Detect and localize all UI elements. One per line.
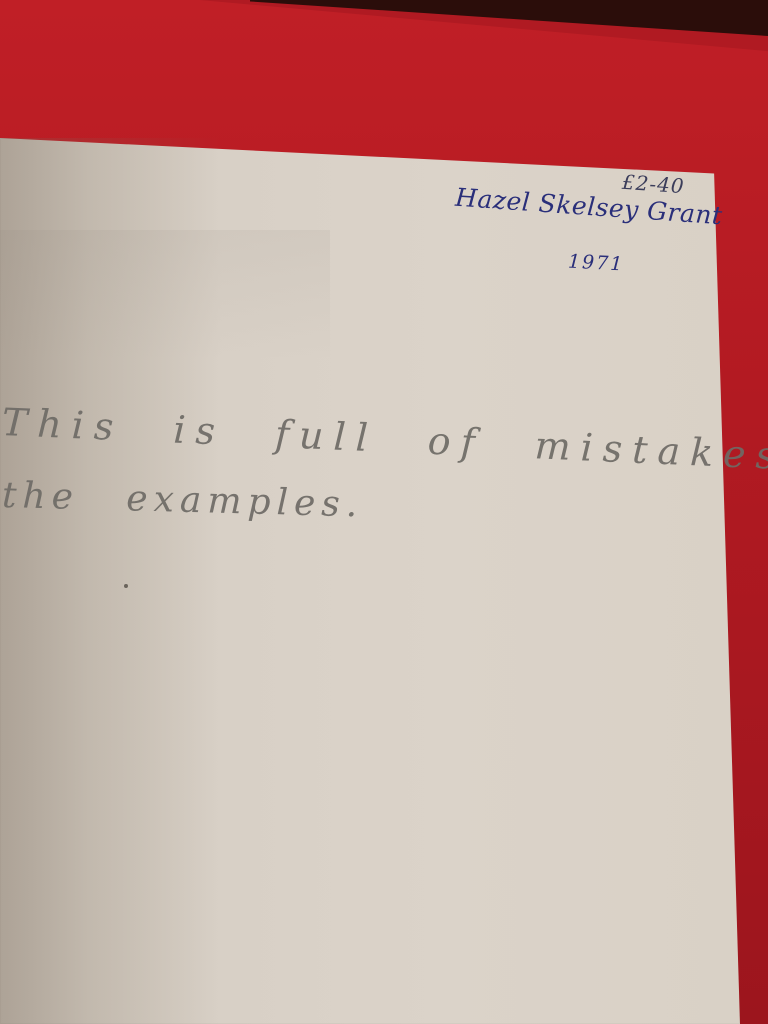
endpaper-page [0,138,740,1024]
paper-speck [124,584,128,588]
year-inscription: 1971 [567,251,624,276]
